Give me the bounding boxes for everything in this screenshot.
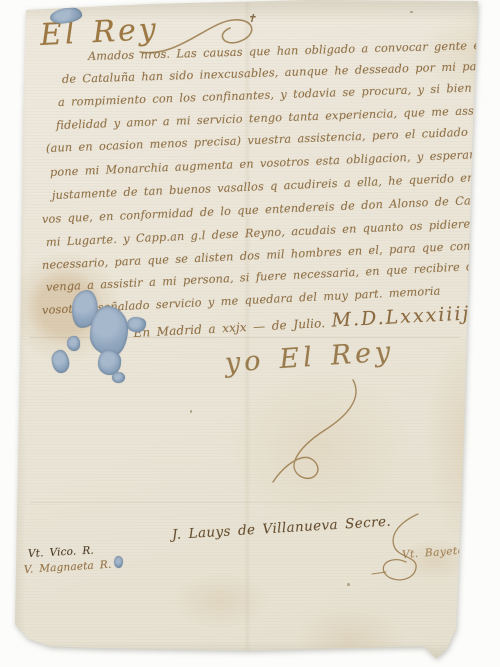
cross-mark: ✝: [247, 12, 256, 25]
fold-line-horizontal: [30, 502, 460, 503]
foxing-speck: [410, 11, 413, 13]
scanned-letter: El Rey ✝ Amados nros. Las causas que han…: [0, 0, 500, 667]
margin-note-1: Vt. Vico. R.: [28, 545, 95, 560]
secretary-signature: J. Lauys de Villanueva Secre.: [172, 514, 392, 543]
foxing-speck: [347, 583, 350, 586]
damage-blot: [127, 317, 146, 332]
date-year: M.D.Lxxxiiij.: [331, 302, 479, 332]
damage-blot: [90, 306, 128, 356]
damage-blot: [50, 349, 71, 375]
signature-flourish-icon: [255, 378, 375, 488]
margin-note-2: V. Magnaeta R.: [24, 559, 112, 576]
manuscript-paper: El Rey ✝ Amados nros. Las causas que han…: [0, 0, 500, 667]
damage-blot: [112, 372, 125, 383]
foxing-speck: [190, 410, 192, 413]
royal-signature: yo El Rey: [224, 336, 395, 379]
damage-blot: [67, 336, 80, 351]
damage-blot: [114, 556, 123, 568]
